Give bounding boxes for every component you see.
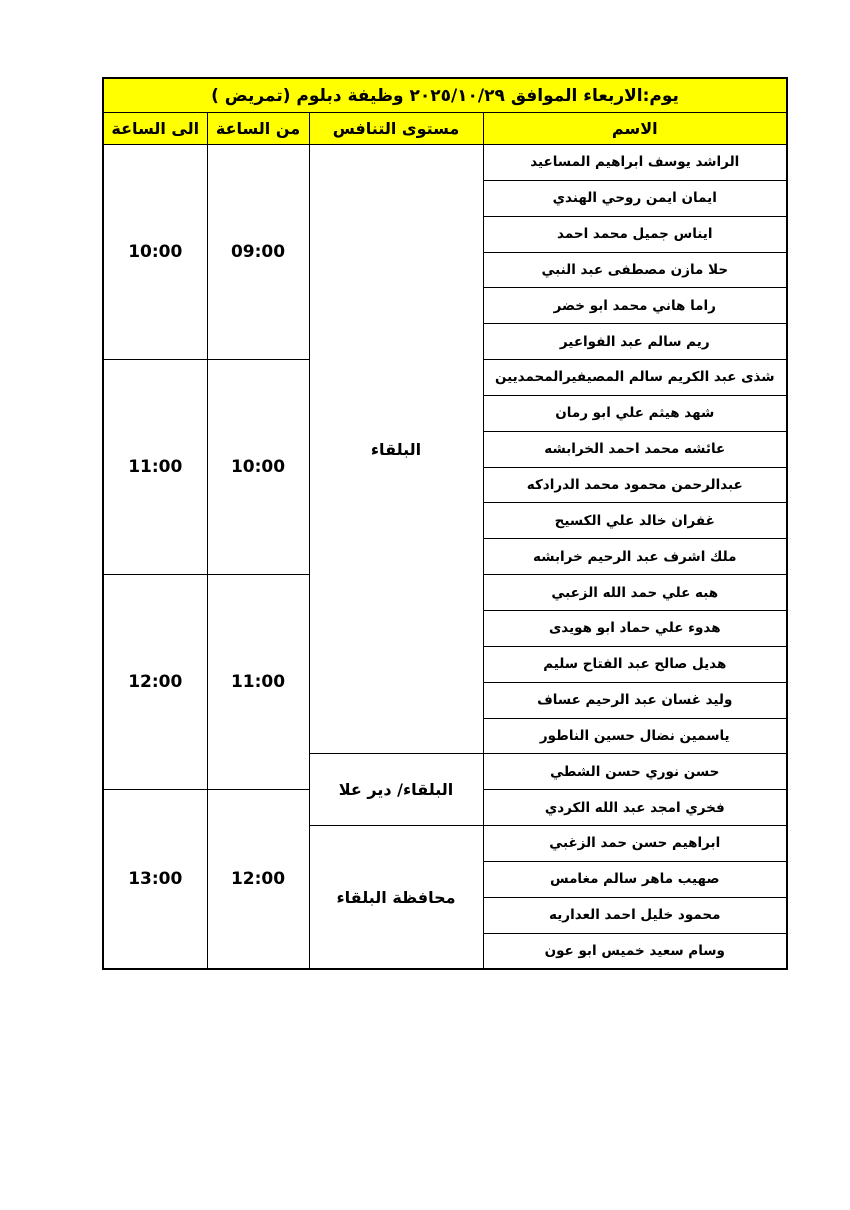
candidate-name-cell: صهيب ماهر سالم مغامس bbox=[483, 861, 787, 897]
header-name: الاسم bbox=[483, 113, 787, 145]
candidate-name-cell: وليد غسان عبد الرحيم عساف bbox=[483, 682, 787, 718]
candidate-name-cell: عبدالرحمن محمود محمد الدرادكه bbox=[483, 467, 787, 503]
candidate-name-cell: غفران خالد علي الكسيح bbox=[483, 503, 787, 539]
time-to-cell: 10:00 bbox=[103, 145, 207, 360]
candidate-name-cell: هبه علي حمد الله الزعبي bbox=[483, 575, 787, 611]
title-row: يوم:الاربعاء الموافق ٢٠٢٥/١٠/٢٩ وظيفة دب… bbox=[103, 78, 787, 113]
candidate-name-cell: ايمان ايمن روحي الهندي bbox=[483, 180, 787, 216]
candidate-name-cell: هدوء علي حماد ابو هويدى bbox=[483, 610, 787, 646]
schedule-table: يوم:الاربعاء الموافق ٢٠٢٥/١٠/٢٩ وظيفة دب… bbox=[102, 77, 788, 970]
time-from-cell: 09:00 bbox=[207, 145, 309, 360]
candidate-name-cell: حسن نوري حسن الشطي bbox=[483, 754, 787, 790]
candidate-name-cell: عائشه محمد احمد الخرابشه bbox=[483, 431, 787, 467]
table-title: يوم:الاربعاء الموافق ٢٠٢٥/١٠/٢٩ وظيفة دب… bbox=[103, 78, 787, 113]
table-row: الراشد يوسف ابراهيم المساعيد البلقاء 09:… bbox=[103, 145, 787, 181]
competition-level-cell: البلقاء/ دير علا bbox=[309, 754, 483, 826]
time-from-cell: 11:00 bbox=[207, 575, 309, 790]
candidate-name-cell: ايناس جميل محمد احمد bbox=[483, 216, 787, 252]
candidate-name-cell: ياسمين نضال حسين الناطور bbox=[483, 718, 787, 754]
candidate-name-cell: فخري امجد عبد الله الكردي bbox=[483, 790, 787, 826]
candidate-name-cell: ملك اشرف عبد الرحيم خرابشه bbox=[483, 539, 787, 575]
candidate-name-cell: هديل صالح عبد الفتاح سليم bbox=[483, 646, 787, 682]
candidate-name-cell: وسام سعيد خميس ابو عون bbox=[483, 933, 787, 969]
schedule-sheet: يوم:الاربعاء الموافق ٢٠٢٥/١٠/٢٩ وظيفة دب… bbox=[102, 77, 788, 970]
candidate-name-cell: شهد هيثم علي ابو رمان bbox=[483, 395, 787, 431]
header-to-hour: الى الساعة bbox=[103, 113, 207, 145]
candidate-name-cell: ريم سالم عبد الفواعير bbox=[483, 324, 787, 360]
header-competition-level: مستوى التنافس bbox=[309, 113, 483, 145]
time-to-cell: 13:00 bbox=[103, 790, 207, 970]
time-to-cell: 12:00 bbox=[103, 575, 207, 790]
candidate-name-cell: حلا مازن مصطفى عبد النبي bbox=[483, 252, 787, 288]
candidate-name-cell: ابراهيم حسن حمد الزغبي bbox=[483, 826, 787, 862]
document-page: يوم:الاربعاء الموافق ٢٠٢٥/١٠/٢٩ وظيفة دب… bbox=[0, 0, 850, 1210]
header-from-hour: من الساعة bbox=[207, 113, 309, 145]
time-to-cell: 11:00 bbox=[103, 360, 207, 575]
candidate-name-cell: شذى عبد الكريم سالم المصيفيرالمحمديين bbox=[483, 360, 787, 396]
competition-level-cell: محافظة البلقاء bbox=[309, 826, 483, 970]
candidate-name-cell: محمود خليل احمد العداريه bbox=[483, 897, 787, 933]
candidate-name-cell: الراشد يوسف ابراهيم المساعيد bbox=[483, 145, 787, 181]
competition-level-cell: البلقاء bbox=[309, 145, 483, 754]
time-from-cell: 12:00 bbox=[207, 790, 309, 970]
candidate-name-cell: راما هاني محمد ابو خضر bbox=[483, 288, 787, 324]
time-from-cell: 10:00 bbox=[207, 360, 309, 575]
column-header-row: الاسم مستوى التنافس من الساعة الى الساعة bbox=[103, 113, 787, 145]
